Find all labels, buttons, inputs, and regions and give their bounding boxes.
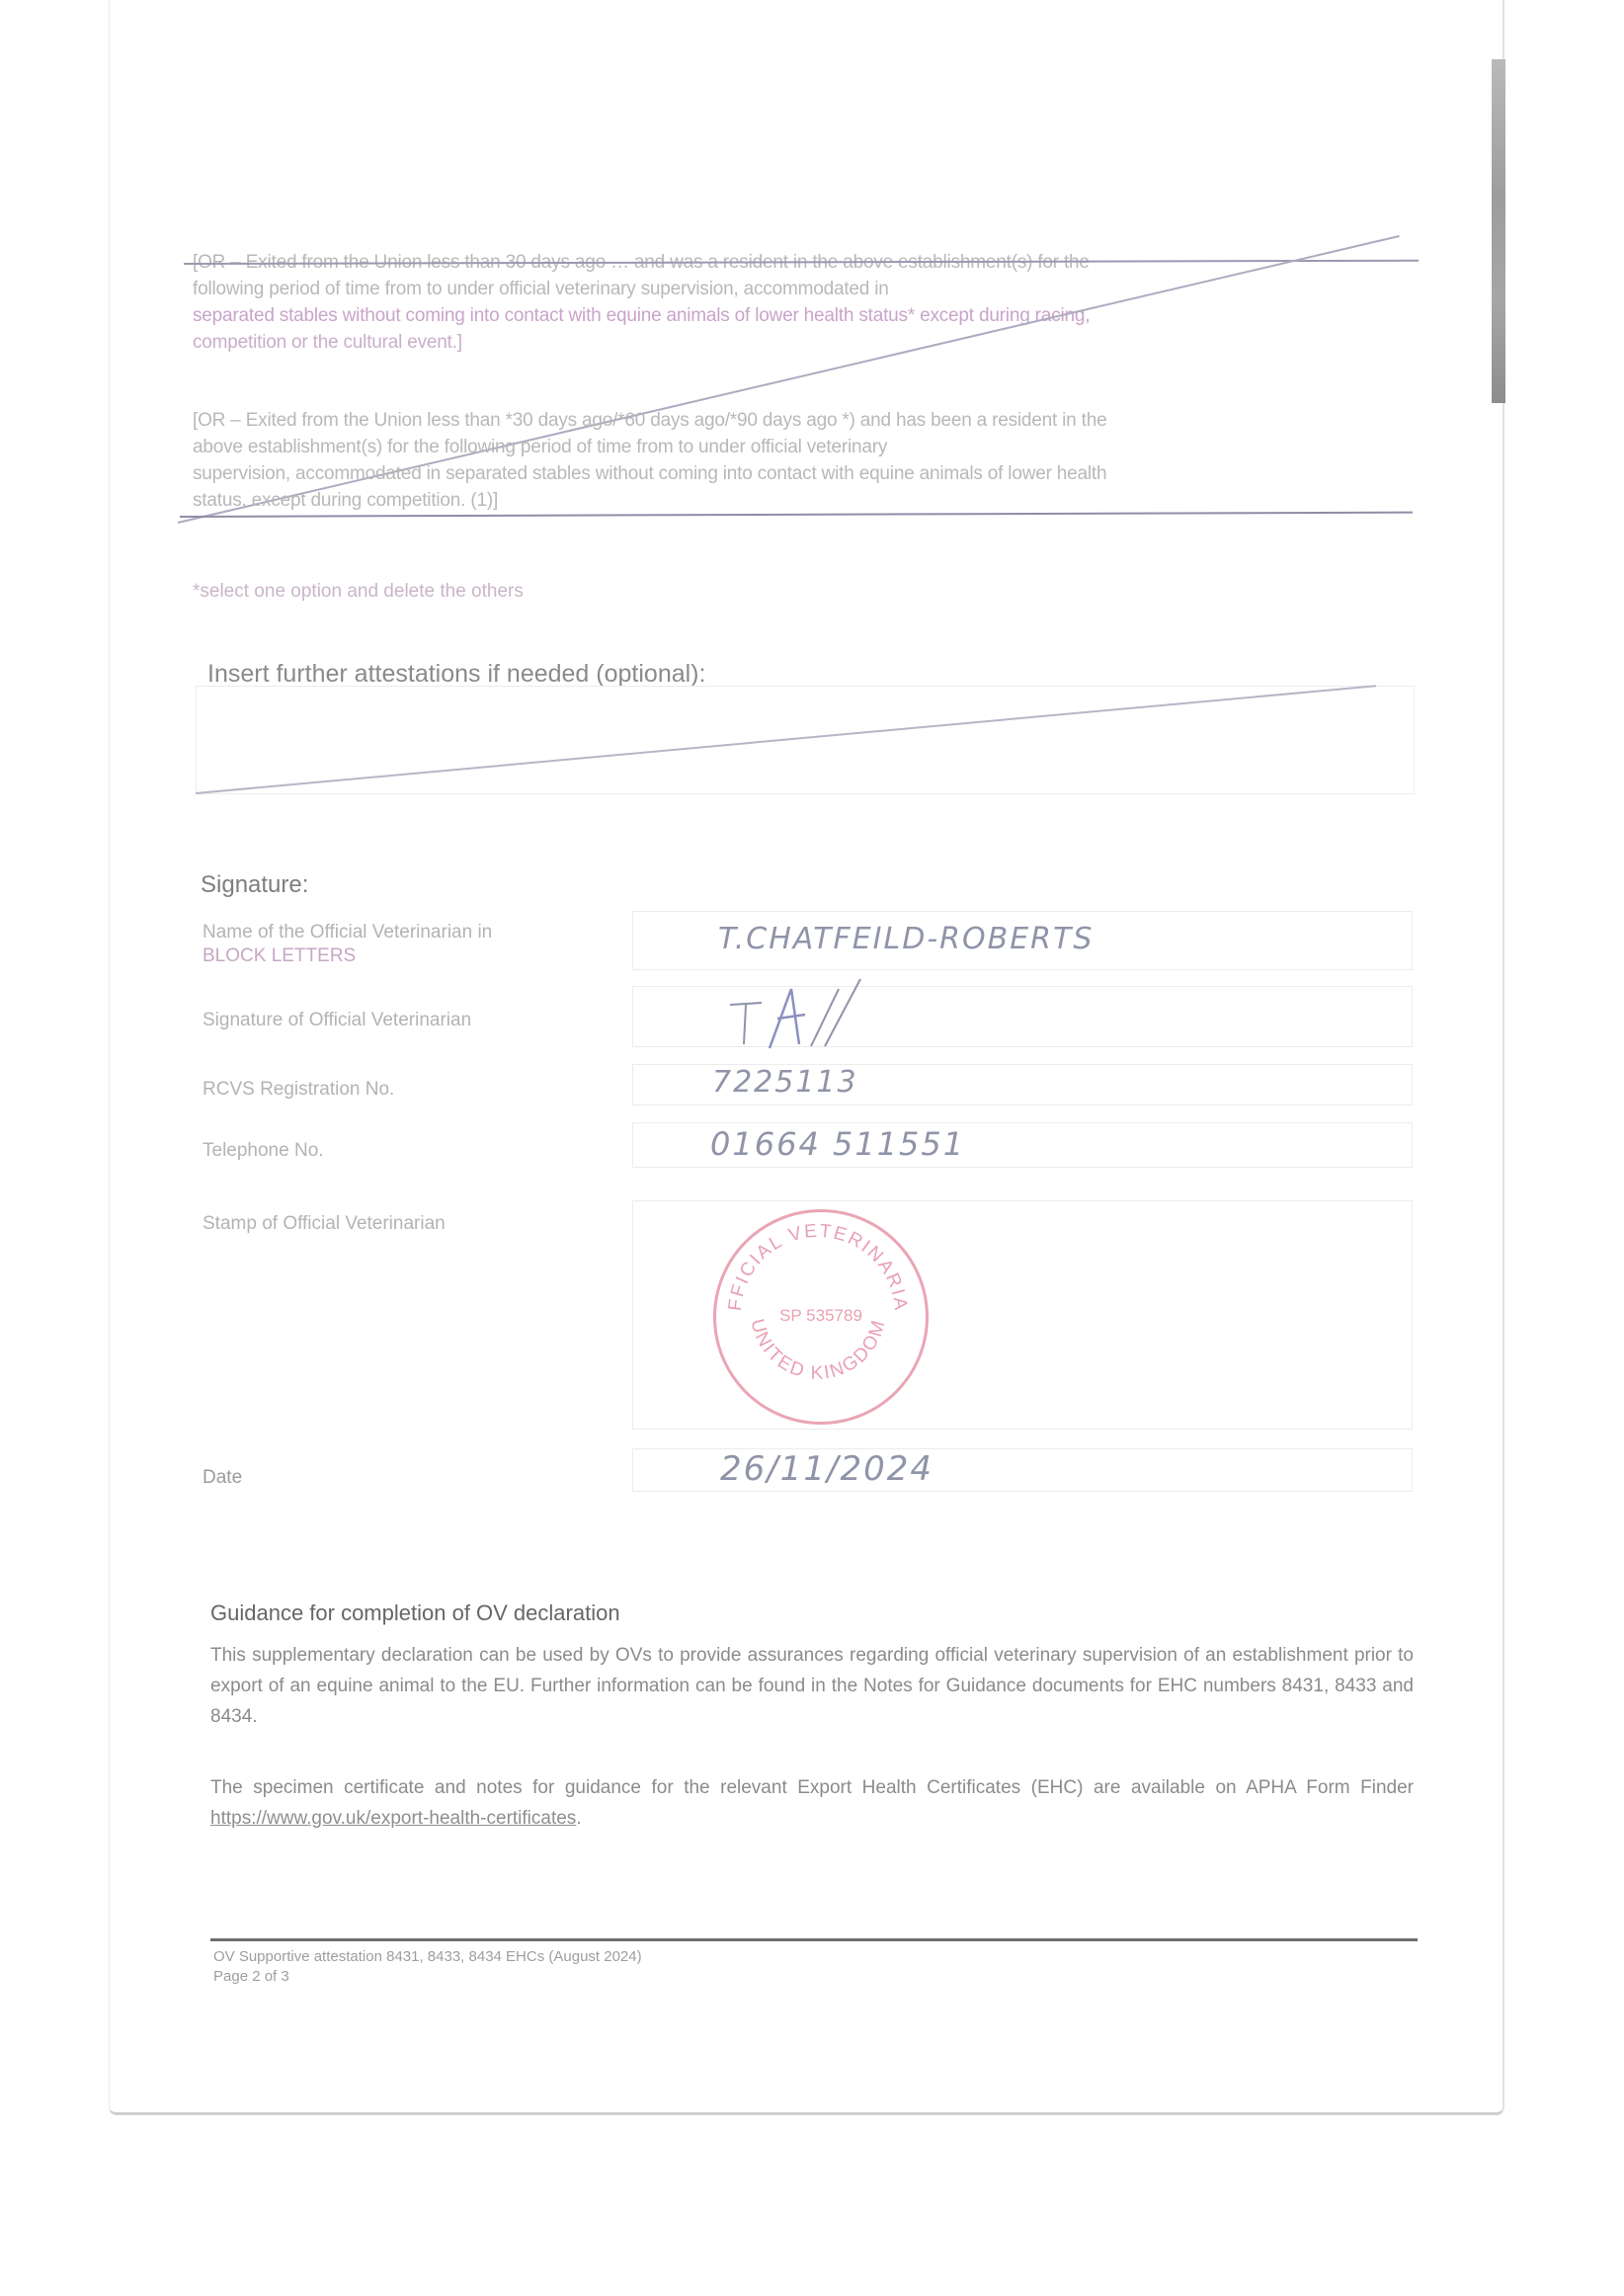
footer-document-reference: OV Supportive attestation 8431, 8433, 84… — [213, 1948, 642, 1965]
stamp-code: SP 535789 — [716, 1306, 926, 1326]
ov-signature-label: Signature of Official Veterinarian — [203, 1009, 471, 1032]
ov-name-value: T.CHATFEILD-ROBERTS — [718, 922, 1094, 956]
telephone-value: 01664 511551 — [710, 1125, 965, 1163]
select-option-note: *select one option and delete the others — [193, 581, 524, 603]
ov-name-label-line-2: BLOCK LETTERS — [203, 944, 492, 968]
date-field[interactable]: 26/11/2024 — [632, 1448, 1413, 1492]
rcvs-value: 7225113 — [712, 1065, 858, 1100]
option-1-line-3: separated stables without coming into co… — [193, 302, 1406, 329]
ov-signature-field[interactable] — [632, 986, 1413, 1047]
option-2-line-3: supervision, accommodated in separated s… — [193, 460, 1406, 487]
export-health-certificates-link[interactable]: https://www.gov.uk/export-health-certifi… — [210, 1808, 576, 1829]
guidance-paragraph-2-text: The specimen certificate and notes for g… — [210, 1777, 1414, 1798]
option-2-line-1: [OR – Exited from the Union less than *3… — [193, 407, 1406, 434]
further-attestations-heading: Insert further attestations if needed (o… — [207, 660, 705, 689]
rcvs-field[interactable]: 7225113 — [632, 1064, 1413, 1106]
option-2-line-2: above establishment(s) for the following… — [193, 434, 1406, 460]
ov-name-label: Name of the Official Veterinarian in BLO… — [203, 921, 492, 968]
stamp-bottom-text: UNITED KINGDOM — [746, 1317, 889, 1384]
option-paragraph-2: [OR – Exited from the Union less than *3… — [193, 407, 1406, 514]
scan-edge-strip — [1492, 59, 1505, 403]
stamp-top-text: OFFICIAL VETERINARIAN — [713, 1209, 911, 1313]
guidance-heading: Guidance for completion of OV declaratio… — [210, 1600, 620, 1626]
telephone-label: Telephone No. — [203, 1139, 324, 1163]
date-label: Date — [203, 1466, 242, 1490]
ov-name-label-line-1: Name of the Official Veterinarian in — [203, 921, 492, 944]
ov-name-field[interactable]: T.CHATFEILD-ROBERTS — [632, 911, 1413, 970]
guidance-paragraph-2-suffix: . — [576, 1808, 581, 1829]
guidance-paragraph-2: The specimen certificate and notes for g… — [210, 1772, 1414, 1834]
option-paragraph-1: [OR – Exited from the Union less than 30… — [193, 249, 1406, 356]
stamp-label: Stamp of Official Veterinarian — [203, 1212, 446, 1236]
footer-page-number: Page 2 of 3 — [213, 1968, 289, 1985]
svg-text:OFFICIAL VETERINARIAN: OFFICIAL VETERINARIAN — [713, 1209, 911, 1313]
footer-divider — [210, 1938, 1418, 1941]
official-veterinarian-stamp: OFFICIAL VETERINARIAN UNITED KINGDOM SP … — [713, 1209, 929, 1425]
guidance-paragraph-1: This supplementary declaration can be us… — [210, 1640, 1414, 1732]
signature-heading: Signature: — [201, 871, 308, 899]
handwritten-signature-icon — [722, 975, 959, 1054]
date-value: 26/11/2024 — [720, 1449, 934, 1489]
telephone-field[interactable]: 01664 511551 — [632, 1122, 1413, 1168]
option-2-line-4: status, except during competition. (1)] — [193, 487, 1406, 514]
svg-text:UNITED KINGDOM: UNITED KINGDOM — [746, 1317, 889, 1384]
rcvs-label: RCVS Registration No. — [203, 1078, 394, 1102]
option-1-line-4: competition or the cultural event.] — [193, 329, 1406, 356]
further-attestations-field[interactable] — [196, 686, 1415, 794]
option-1-line-2: following period of time from to under o… — [193, 276, 1406, 302]
